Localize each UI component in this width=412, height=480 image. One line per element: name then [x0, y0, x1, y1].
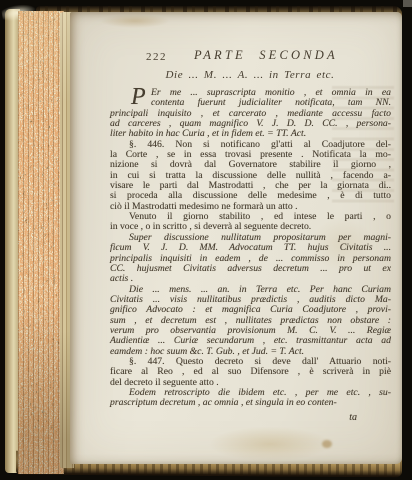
paragraph: PEr me ... suprascripta monitio , et omn… — [110, 88, 391, 140]
scan-corner-artifact — [403, 0, 412, 7]
text-line: actis . — [110, 274, 391, 284]
text-line: gnifico Advocato : et magnifica Curia Co… — [110, 305, 391, 315]
paragraph: Eodem retroscripto die ibidem etc. , per… — [110, 388, 391, 409]
paragraph: Die ... mens. ... an. in Terra etc. Per … — [110, 285, 391, 357]
text-line: ficum V. J. D. MM. Advocatum TT. hujus C… — [110, 243, 391, 253]
paragraph: Venuto il giorno stabilito , ed intese l… — [110, 212, 391, 233]
text-line: prascriptum decretum , ac omnia , et sin… — [110, 398, 391, 408]
foxing-spot — [322, 440, 332, 448]
catchword: ta — [110, 413, 391, 423]
book-photo: 222 PARTE SECONDA Die ... M. ... A. ... … — [0, 0, 412, 480]
paragraph: §. 446. Non si notificano gl'atti al Coa… — [110, 140, 391, 212]
running-head: 222 PARTE SECONDA — [70, 48, 402, 64]
book-page: 222 PARTE SECONDA Die ... M. ... A. ... … — [70, 12, 402, 464]
text-line: CC. hujusmet Civitatis adversus decretum… — [110, 264, 391, 274]
book-fore-edge — [18, 11, 64, 474]
paragraph: Super discussione nullitatum propositaru… — [110, 233, 391, 285]
fore-edge-striations — [18, 11, 64, 474]
page-stain — [100, 14, 170, 28]
drop-cap: P — [131, 88, 146, 107]
text-area: PEr me ... suprascripta monitio , et omn… — [110, 88, 391, 423]
dateline: Die ... M. ... A. ... in Terra etc. — [110, 69, 390, 81]
paragraph: §. 447. Questo decreto si deve dall' Att… — [110, 357, 391, 388]
section-title: PARTE SECONDA — [194, 48, 338, 63]
page-stain — [210, 427, 330, 461]
page-number: 222 — [146, 51, 167, 63]
text-block: PEr me ... suprascripta monitio , et omn… — [110, 88, 391, 409]
